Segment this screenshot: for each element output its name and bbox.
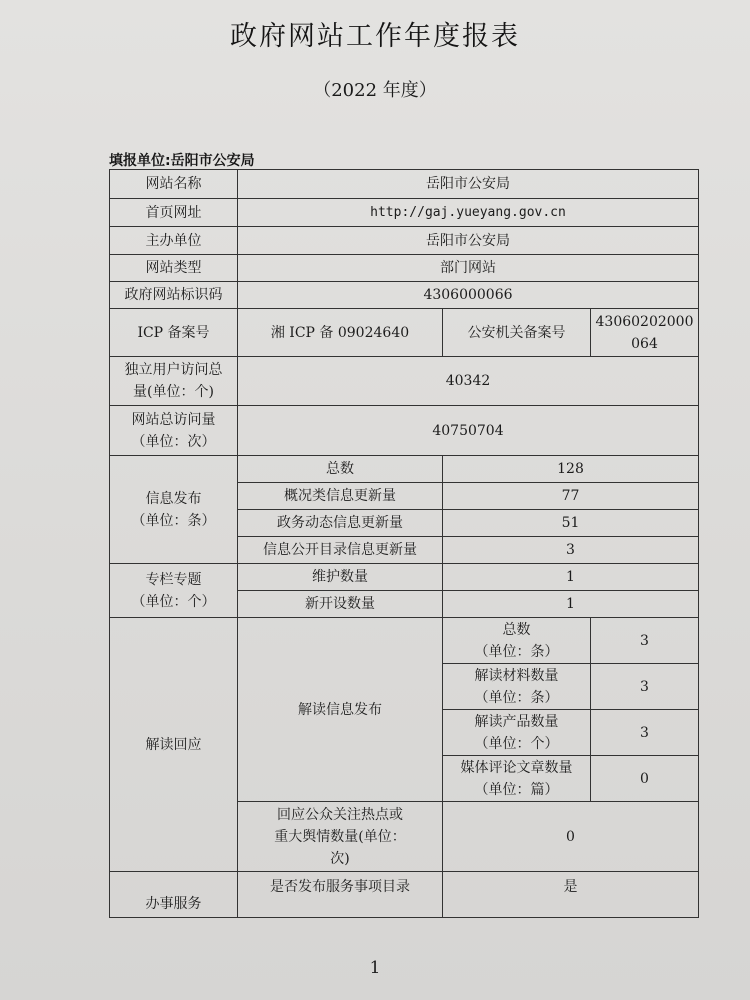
info-release-row-value: 77 bbox=[443, 483, 699, 510]
info-release-row-value: 128 bbox=[443, 456, 699, 483]
label-interpretation: 解读回应 bbox=[110, 618, 238, 872]
row-site-type: 网站类型 部门网站 bbox=[110, 255, 699, 282]
label-site-type: 网站类型 bbox=[110, 255, 238, 282]
label-total-visits: 网站总访问量 （单位：次） bbox=[110, 406, 238, 456]
info-release-row-value: 51 bbox=[443, 510, 699, 537]
interp-label-line1: 总数 bbox=[447, 619, 586, 641]
interp-label-line1: 媒体评论文章数量 bbox=[447, 757, 586, 779]
info-release-label-line2: （单位：条） bbox=[114, 510, 233, 532]
row-icp: ICP 备案号 湘 ICP 备 09024640 公安机关备案号 4306020… bbox=[110, 309, 699, 357]
interp-row-label: 总数 （单位：条） bbox=[443, 618, 591, 664]
interp-label-line2: （单位：条） bbox=[447, 641, 586, 663]
label-police-record: 公安机关备案号 bbox=[443, 309, 591, 357]
interp-row-value: 3 bbox=[591, 664, 699, 710]
filing-unit: 填报单位:岳阳市公安局 bbox=[109, 150, 255, 170]
label-unique-visitors: 独立用户访问总 量(单位：个) bbox=[110, 357, 238, 406]
label-interp-response: 回应公众关注热点或 重大舆情数量(单位： 次) bbox=[238, 802, 443, 872]
special-row-value: 1 bbox=[443, 591, 699, 618]
interp-label-line2: （单位：个） bbox=[447, 733, 586, 755]
special-row-label: 新开设数量 bbox=[238, 591, 443, 618]
info-release-label-line1: 信息发布 bbox=[114, 488, 233, 510]
value-total-visits: 40750704 bbox=[238, 406, 699, 456]
row-interp-total: 解读回应 解读信息发布 总数 （单位：条） 3 bbox=[110, 618, 699, 664]
row-unique-visitors: 独立用户访问总 量(单位：个) 40342 bbox=[110, 357, 699, 406]
value-site-name: 岳阳市公安局 bbox=[238, 170, 699, 199]
document-subtitle: （2022 年度） bbox=[0, 76, 750, 102]
report-table: 网站名称 岳阳市公安局 首页网址 http://gaj.yueyang.gov.… bbox=[109, 169, 699, 918]
special-columns-label-line1: 专栏专题 bbox=[114, 569, 233, 591]
interp-row-value: 3 bbox=[591, 710, 699, 756]
info-release-row-label: 总数 bbox=[238, 456, 443, 483]
special-columns-label-line2: （单位：个） bbox=[114, 591, 233, 613]
info-release-row-label: 信息公开目录信息更新量 bbox=[238, 537, 443, 564]
value-homepage: http://gaj.yueyang.gov.cn bbox=[238, 199, 699, 227]
interp-label-line2: （单位：条） bbox=[447, 687, 586, 709]
value-service-catalog: 是 bbox=[443, 872, 699, 918]
row-sponsor: 主办单位 岳阳市公安局 bbox=[110, 227, 699, 255]
interp-row-label: 媒体评论文章数量 （单位：篇） bbox=[443, 756, 591, 802]
police-record-line2: 064 bbox=[595, 333, 694, 355]
row-homepage: 首页网址 http://gaj.yueyang.gov.cn bbox=[110, 199, 699, 227]
value-police-record: 43060202000 064 bbox=[591, 309, 699, 357]
interp-row-value: 0 bbox=[591, 756, 699, 802]
label-site-id: 政府网站标识码 bbox=[110, 282, 238, 309]
value-site-type: 部门网站 bbox=[238, 255, 699, 282]
label-special-columns: 专栏专题 （单位：个） bbox=[110, 564, 238, 618]
page-number: 1 bbox=[0, 958, 750, 978]
total-visits-label-line2: （单位：次） bbox=[114, 431, 233, 453]
label-icp: ICP 备案号 bbox=[110, 309, 238, 357]
value-sponsor: 岳阳市公安局 bbox=[238, 227, 699, 255]
info-release-row-value: 3 bbox=[443, 537, 699, 564]
response-label-line2: 重大舆情数量(单位： bbox=[242, 826, 438, 848]
value-interp-response: 0 bbox=[443, 802, 699, 872]
unique-visitors-label-line1: 独立用户访问总 bbox=[114, 359, 233, 381]
label-site-name: 网站名称 bbox=[110, 170, 238, 199]
interp-row-label: 解读材料数量 （单位：条） bbox=[443, 664, 591, 710]
interp-label-line2: （单位：篇） bbox=[447, 779, 586, 801]
interp-row-label: 解读产品数量 （单位：个） bbox=[443, 710, 591, 756]
label-services: 办事服务 bbox=[110, 872, 238, 918]
label-interpretation-release: 解读信息发布 bbox=[238, 618, 443, 802]
row-special-maintain: 专栏专题 （单位：个） 维护数量 1 bbox=[110, 564, 699, 591]
row-site-id: 政府网站标识码 4306000066 bbox=[110, 282, 699, 309]
unique-visitors-label-line2: 量(单位：个) bbox=[114, 381, 233, 403]
interp-label-line1: 解读产品数量 bbox=[447, 711, 586, 733]
row-services: 办事服务 是否发布服务事项目录 是 bbox=[110, 872, 699, 918]
value-site-id: 4306000066 bbox=[238, 282, 699, 309]
interp-label-line1: 解读材料数量 bbox=[447, 665, 586, 687]
row-info-release-total: 信息发布 （单位：条） 总数 128 bbox=[110, 456, 699, 483]
info-release-row-label: 概况类信息更新量 bbox=[238, 483, 443, 510]
special-row-label: 维护数量 bbox=[238, 564, 443, 591]
row-site-name: 网站名称 岳阳市公安局 bbox=[110, 170, 699, 199]
row-total-visits: 网站总访问量 （单位：次） 40750704 bbox=[110, 406, 699, 456]
interp-row-value: 3 bbox=[591, 618, 699, 664]
label-sponsor: 主办单位 bbox=[110, 227, 238, 255]
value-unique-visitors: 40342 bbox=[238, 357, 699, 406]
response-label-line1: 回应公众关注热点或 bbox=[242, 804, 438, 826]
total-visits-label-line1: 网站总访问量 bbox=[114, 409, 233, 431]
document-title: 政府网站工作年度报表 bbox=[0, 14, 750, 53]
label-info-release: 信息发布 （单位：条） bbox=[110, 456, 238, 564]
response-label-line3: 次) bbox=[242, 848, 438, 870]
value-icp: 湘 ICP 备 09024640 bbox=[238, 309, 443, 357]
label-homepage: 首页网址 bbox=[110, 199, 238, 227]
label-service-catalog: 是否发布服务事项目录 bbox=[238, 872, 443, 918]
police-record-line1: 43060202000 bbox=[595, 311, 694, 333]
special-row-value: 1 bbox=[443, 564, 699, 591]
info-release-row-label: 政务动态信息更新量 bbox=[238, 510, 443, 537]
